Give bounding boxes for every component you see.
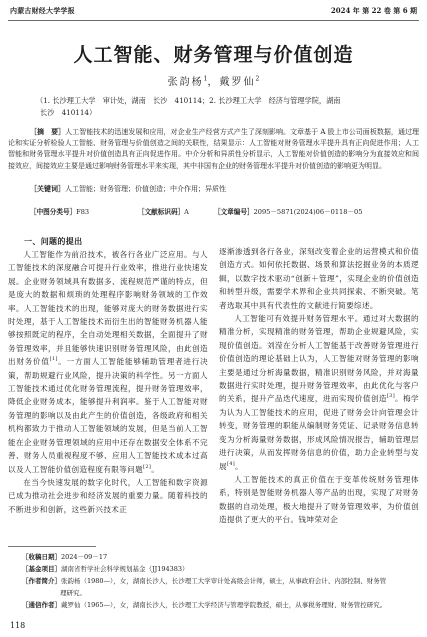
issue-info: 2024 年 第 22 卷 第 6 期	[331, 6, 417, 16]
header-divider	[8, 20, 419, 21]
footnote-label: ［收稿日期］	[22, 553, 61, 561]
article-number: ［文章编号］2095－5871(2024)06－0118－05	[214, 206, 362, 216]
affiliations: （1. 长沙理工大学 审计处，湖南 长沙 410114；2. 长沙理工大学 经济…	[36, 95, 396, 119]
journal-name: 内蒙古财经大学学报	[10, 6, 75, 16]
clc-value: F83	[76, 208, 89, 216]
citation-ref: [4]	[227, 461, 235, 467]
body-paragraph: 在当今快速发展的数字化时代，人工智能和数字资源已成为推动社会进步和经济发展的重要…	[8, 476, 208, 516]
footnote-fund: ［基金项目］湖南省哲学社会科学规划基金（JJ194383）	[22, 563, 420, 575]
author-list: 张韵杨1，戴罗仙2	[0, 73, 427, 88]
paragraph-text: 人工智能可有效提升财务管理水平。通过对大数据的精准分析，实现精准的财务管理，帮助…	[219, 314, 419, 403]
footnote-divider	[8, 546, 96, 547]
paragraph-text: 。梅学为认为人工智能技术的应用，促进了财务会计向管理会计转变，财务管理的职能从编…	[219, 394, 419, 470]
footnote-value: 戴罗仙（1965—），女，湖南长沙人，长沙理工大学经济与管理学院教授，硕士，从事…	[61, 601, 386, 609]
footnote-value: 2024－09－17	[61, 553, 107, 561]
doc-code-label: ［文献标识码］	[138, 208, 184, 216]
footnote-value: 湖南省哲学社会科学规划基金（JJ194383）	[61, 565, 189, 573]
author-separator: ，	[208, 77, 220, 88]
body-paragraph: 人工智能技术的真正价值在于变革传统财务管理体系，特别是智能财务机器人等产品的出现…	[219, 473, 419, 527]
clc-code: ［中图分类号］F83	[30, 206, 89, 216]
footnote-value: 理研究。	[22, 587, 420, 599]
author-name: 戴罗仙	[220, 77, 256, 88]
paragraph-text: 。	[235, 462, 243, 471]
footnote-value: 张韵杨（1980—），女，湖南长沙人，长沙理工大学审计处高级会计师，硕士，从事政…	[61, 577, 386, 585]
body-right-column: 逐渐渗透到各行各业，深刻改变着企业的运营模式和价值创造方式。如何依托数据、场景和…	[219, 231, 419, 527]
paragraph-text: 人工智能作为前沿技术，被各行各业广泛应用。与人工智能技术的深度融合可提升行业效率…	[8, 250, 208, 366]
footnote-label: ［基金项目］	[22, 565, 61, 573]
footnote-author-intro: ［作者简介］张韵杨（1980—），女，湖南长沙人，长沙理工大学审计处高级会计师，…	[22, 575, 420, 599]
author-name: 张韵杨	[168, 77, 204, 88]
doc-code-value: A	[184, 208, 189, 216]
abstract-text: 人工智能技术的迅速发展和应用，对企业生产经营方式产生了深刻影响。文章基于 A 股…	[8, 128, 419, 170]
section-heading: 一、问题的提出	[8, 234, 208, 248]
body-paragraph: 逐渐渗透到各行各业，深刻改变着企业的运营模式和价值创造方式。如何依托数据、场景和…	[219, 245, 419, 312]
citation-ref: [3]	[387, 393, 395, 399]
clc-label: ［中图分类号］	[30, 208, 76, 216]
abstract: ［摘 要］人工智能技术的迅速发展和应用，对企业生产经营方式产生了深刻影响。文章基…	[8, 126, 419, 172]
body-paragraph: 人工智能作为前沿技术，被各行各业广泛应用。与人工智能技术的深度融合可提升行业效率…	[8, 248, 208, 476]
paragraph-text: 。一方面人工智能能够辅助管理者进行决策，帮助规避行业风险，提升决策的科学性。另一…	[8, 357, 208, 473]
article-no-label: ［文章编号］	[214, 208, 254, 216]
author-affil-sup: 2	[256, 76, 260, 83]
affiliation-line: 长沙 410114）	[36, 107, 396, 119]
citation-ref: [2]	[143, 464, 151, 470]
page-number: 118	[10, 621, 25, 630]
body-paragraph: 人工智能可有效提升财务管理水平。通过对大数据的精准分析，实现精准的财务管理，帮助…	[219, 312, 419, 473]
keywords-label: ［关键词］	[30, 184, 65, 193]
footnote-label: ［通信作者］	[22, 601, 61, 609]
footnote-label: ［作者简介］	[22, 577, 61, 585]
affiliation-line: （1. 长沙理工大学 审计处，湖南 长沙 410114；2. 长沙理工大学 经济…	[36, 95, 396, 107]
body-left-column: 一、问题的提出 人工智能作为前沿技术，被各行各业广泛应用。与人工智能技术的深度融…	[8, 234, 208, 516]
paragraph-text: 。	[151, 465, 159, 474]
keywords: ［关键词］人工智能；财务管理；价值创造；中介作用；异质性	[30, 184, 226, 194]
citation-ref: [1]	[50, 356, 58, 362]
article-no-value: 2095－5871(2024)06－0118－05	[254, 208, 363, 216]
footnote-corresponding-author: ［通信作者］戴罗仙（1965—），女，湖南长沙人，长沙理工大学经济与管理学院教授…	[22, 599, 420, 611]
abstract-label: ［摘 要］	[30, 127, 65, 136]
footnote-received: ［收稿日期］2024－09－17	[22, 551, 420, 563]
article-title: 人工智能、财务管理与价值创造	[0, 40, 427, 67]
keywords-text: 人工智能；财务管理；价值创造；中介作用；异质性	[65, 185, 226, 193]
document-code: ［文献标识码］A	[138, 206, 189, 216]
